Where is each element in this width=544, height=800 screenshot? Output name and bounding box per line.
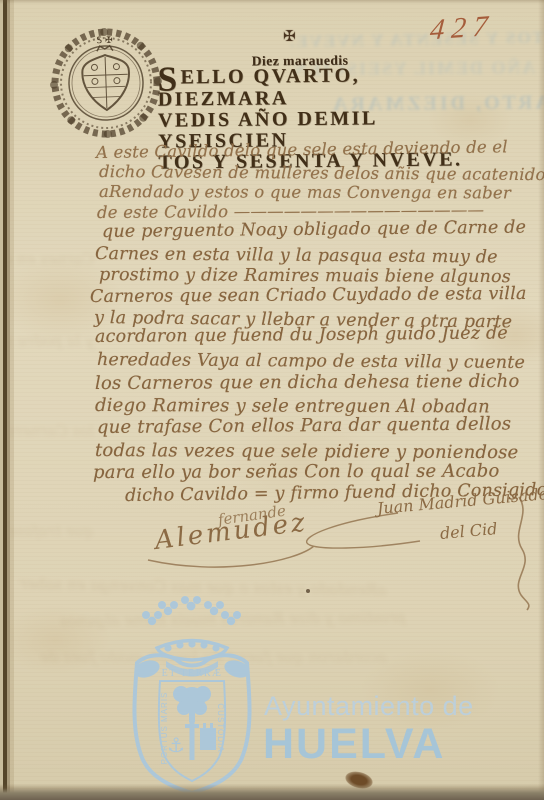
seal-top-letters: S ✠ (96, 36, 112, 47)
crown-orbs (142, 596, 241, 625)
manuscript-line: que perguento Noay obligado que de Carne… (102, 218, 526, 242)
manuscript-line: acordaron que fuend du Joseph guido Juez… (95, 323, 508, 347)
page-top-edge (0, 0, 544, 4)
seal-heading-line-1: SELLO QVARTO, DIEZMARA (157, 64, 467, 110)
manuscript-line: aRendado y estos o que mas Convenga en s… (99, 182, 511, 202)
showthrough-ms-1: Carnes en esta villa y la pasqua esta mu… (2, 250, 94, 268)
folio-number: 427 (429, 10, 496, 48)
ink-speck (306, 589, 310, 593)
manuscript-line: dicho Cavesen de mulleres delos añis que… (99, 162, 544, 184)
manuscript-line: los Carneros que en dicha dehesa tiene d… (95, 371, 520, 394)
scanned-document-page: TOS Y SESENTA Y NVEVE. VEDIS AÑO DEMIL Y… (0, 0, 544, 800)
page-right-edge (538, 0, 544, 800)
anchor-icon: ⚓ (167, 733, 185, 757)
showthrough-ms-2: y la podra sacar y llebar a vender a otr… (2, 332, 94, 350)
manuscript-line: heredades Vaya al campo de esta villa y … (97, 350, 525, 373)
manuscript-line: Carnes en esta villa y la pasqua esta mu… (95, 244, 498, 268)
watermark-city-name: HUELVA (263, 720, 445, 769)
shield-right-text: CUSTODIA (216, 703, 225, 752)
watermark-org-name: Ayuntamiento de (264, 691, 474, 722)
manuscript-line: que trafase Con ellos Para dar quenta de… (97, 413, 511, 438)
page-bottom-edge (0, 784, 544, 800)
manuscript-line: para ello ya bor señas Con lo qual se Ac… (93, 461, 500, 483)
signature-right-bottom: del Cid (439, 519, 498, 543)
binding-edge (0, 0, 14, 800)
shield-banner-text: ET TERRÆ (162, 668, 223, 679)
official-seal-stamp: S ✠ (45, 23, 167, 143)
printer-cross-mark: ✠ (283, 27, 296, 45)
showthrough-print-top: TOS Y SESENTA Y NVEVE. (288, 28, 544, 52)
showthrough-ms-4: que trafase Con ellos Para dar quenta de… (2, 522, 94, 540)
showthrough-ms-3: los Carneros que en dicha dehesa tiene d… (2, 422, 94, 440)
manuscript-line: Carneros que sean Criado Cuydado de esta… (90, 284, 527, 307)
